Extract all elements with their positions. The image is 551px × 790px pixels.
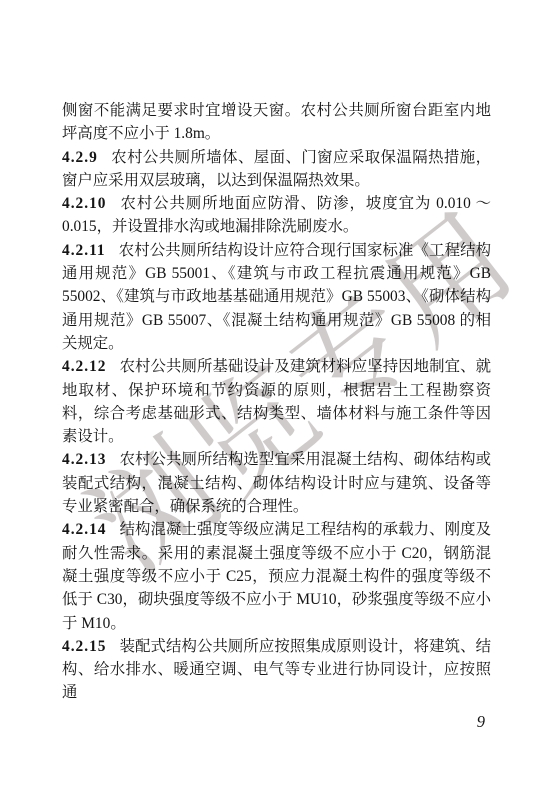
clause-text: 装配式结构公共厕所应按照集成原则设计，将建筑、结构、给水排水、暖通空调、电气等专… bbox=[62, 638, 491, 702]
clause-number: 4.2.14 bbox=[62, 521, 106, 538]
document-page: 浏览专用 侧窗不能满足要求时宜增设天窗。农村公共厕所窗台距室内地坪高度不应小于 … bbox=[0, 0, 551, 790]
paragraph-4-2-13: 4.2.13农村公共厕所结构选型宜采用混凝土结构、砌体结构或装配式结构，混凝土结… bbox=[62, 448, 491, 518]
clause-number: 4.2.10 bbox=[62, 195, 106, 212]
clause-text: 结构混凝土强度等级应满足工程结构的承载力、刚度及耐久性需求。采用的素混凝土强度等… bbox=[62, 521, 491, 631]
clause-number: 4.2.11 bbox=[62, 242, 106, 259]
clause-text: 农村公共厕所墙体、屋面、门窗应采取保温隔热措施，窗户应采用双层玻璃，以达到保温隔… bbox=[62, 149, 491, 189]
paragraph-4-2-11: 4.2.11农村公共厕所结构设计应符合现行国家标准《工程结构通用规范》GB 55… bbox=[62, 239, 491, 355]
clause-text: 农村公共厕所结构设计应符合现行国家标准《工程结构通用规范》GB 55001、《建… bbox=[62, 242, 491, 352]
clause-number: 4.2.15 bbox=[62, 638, 106, 655]
clause-text: 侧窗不能满足要求时宜增设天窗。农村公共厕所窗台距室内地坪高度不应小于 1.8m。 bbox=[62, 102, 491, 142]
paragraph-4-2-10: 4.2.10农村公共厕所地面应防滑、防渗，坡度宜为 0.010 ～ 0.015，… bbox=[62, 192, 491, 239]
clause-number: 4.2.12 bbox=[62, 358, 106, 375]
clause-text: 农村公共厕所结构选型宜采用混凝土结构、砌体结构或装配式结构，混凝土结构、砌体结构… bbox=[62, 451, 491, 515]
paragraph-4-2-9: 4.2.9农村公共厕所墙体、屋面、门窗应采取保温隔热措施，窗户应采用双层玻璃，以… bbox=[62, 146, 491, 193]
paragraph-4-2-14: 4.2.14结构混凝土强度等级应满足工程结构的承载力、刚度及耐久性需求。采用的素… bbox=[62, 518, 491, 634]
clause-number: 4.2.13 bbox=[62, 451, 106, 468]
page-content: 侧窗不能满足要求时宜增设天窗。农村公共厕所窗台距室内地坪高度不应小于 1.8m。… bbox=[62, 99, 491, 733]
paragraph-continuation: 侧窗不能满足要求时宜增设天窗。农村公共厕所窗台距室内地坪高度不应小于 1.8m。 bbox=[62, 99, 491, 146]
clause-text: 农村公共厕所基础设计及建筑材料应坚持因地制宜、就地取材、保护环境和节约资源的原则… bbox=[62, 358, 491, 445]
page-number: 9 bbox=[62, 710, 491, 733]
paragraph-4-2-15: 4.2.15装配式结构公共厕所应按照集成原则设计，将建筑、结构、给水排水、暖通空… bbox=[62, 635, 491, 705]
clause-text: 农村公共厕所地面应防滑、防渗，坡度宜为 0.010 ～ 0.015，并设置排水沟… bbox=[62, 195, 491, 235]
clause-number: 4.2.9 bbox=[62, 149, 98, 166]
paragraph-4-2-12: 4.2.12农村公共厕所基础设计及建筑材料应坚持因地制宜、就地取材、保护环境和节… bbox=[62, 355, 491, 448]
